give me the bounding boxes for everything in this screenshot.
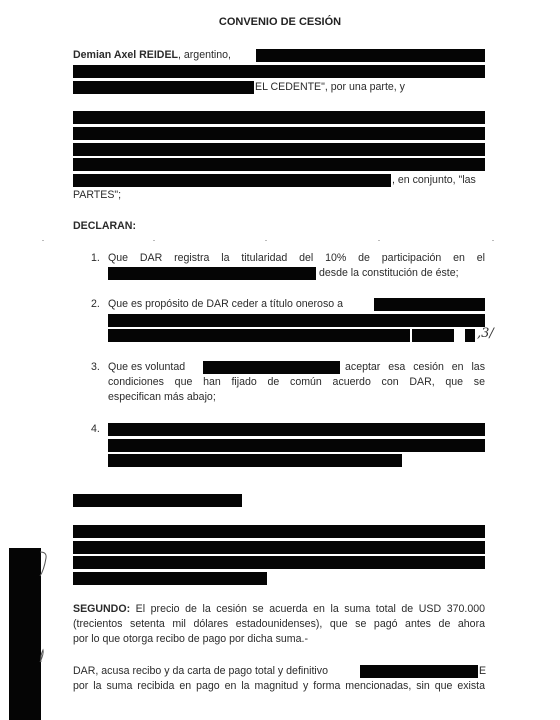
receipt-line1-start: DAR, acusa recibo y da carta de pago tot… [73,665,328,678]
redaction-block [73,65,485,78]
redaction-block [108,439,485,452]
item-2-number: 2. [91,298,100,311]
segundo-line1: SEGUNDO: El precio de la cesión se acuer… [73,603,485,616]
redaction-block [73,541,485,554]
margin-scribble-icon [38,550,50,690]
item-3-line2: condiciones que han fijado de común acue… [108,376,485,389]
receipt-line2: por la suma recibida en pago en la magni… [73,680,485,693]
redaction-block [73,143,485,156]
redaction-block [412,329,454,342]
redaction-block [108,423,485,436]
redaction-block [73,81,254,94]
segundo-line2: (trecientos setenta mil dólares estadoun… [73,618,485,631]
redaction-block [73,174,391,187]
redaction-block [73,494,242,507]
redaction-block [108,454,402,467]
party1-nationality: , argentino, [178,49,231,61]
redaction-block [73,158,485,171]
redaction-block [73,111,485,124]
redaction-block [374,298,485,311]
segundo-line3: por lo que otorga recibo de pago por dic… [73,633,308,646]
item-1-line1: Que DAR registra la titularidad del 10% … [108,252,485,265]
redaction-block [108,314,485,327]
item-3-line1-end: aceptar esa cesión en las [345,361,485,374]
party1-line: Demian Axel REIDEL, argentino, [73,49,231,62]
redaction-block [465,329,475,342]
redaction-block [108,267,316,280]
receipt-line1-end: E [479,665,486,678]
redaction-block [256,49,485,62]
segundo-label: SEGUNDO: [73,603,130,615]
item-3-line1-start: Que es voluntad [108,361,185,374]
item-4-number: 4. [91,423,100,436]
redaction-block [73,525,485,538]
document-title: CONVENIO DE CESIÓN [0,16,560,28]
redaction-block [73,572,267,585]
redaction-block [203,361,340,374]
redaction-block [360,665,478,678]
redaction-block [73,127,485,140]
cedente-text: EL CEDENTE", por una parte, y [255,81,405,94]
item-3-number: 3. [91,361,100,374]
redaction-block [73,556,485,569]
item-2-line1: Que es propósito de DAR ceder a título o… [108,298,343,311]
handwritten-mark: ,3/ [477,326,494,341]
redaction-block [108,329,410,342]
declaran-heading: DECLARAN: [73,220,136,233]
en-conjunto-text: , en conjunto, "las [392,174,476,187]
margin-redaction [9,548,41,720]
partes-text: PARTES"; [73,189,121,202]
item-3-line3: especifican más abajo; [108,391,216,404]
document-page: CONVENIO DE CESIÓN Demian Axel REIDEL, a… [0,0,560,720]
item-1-line2: desde la constitución de éste; [319,267,459,280]
party1-name: Demian Axel REIDEL [73,49,178,61]
item-1-number: 1. [91,252,100,265]
